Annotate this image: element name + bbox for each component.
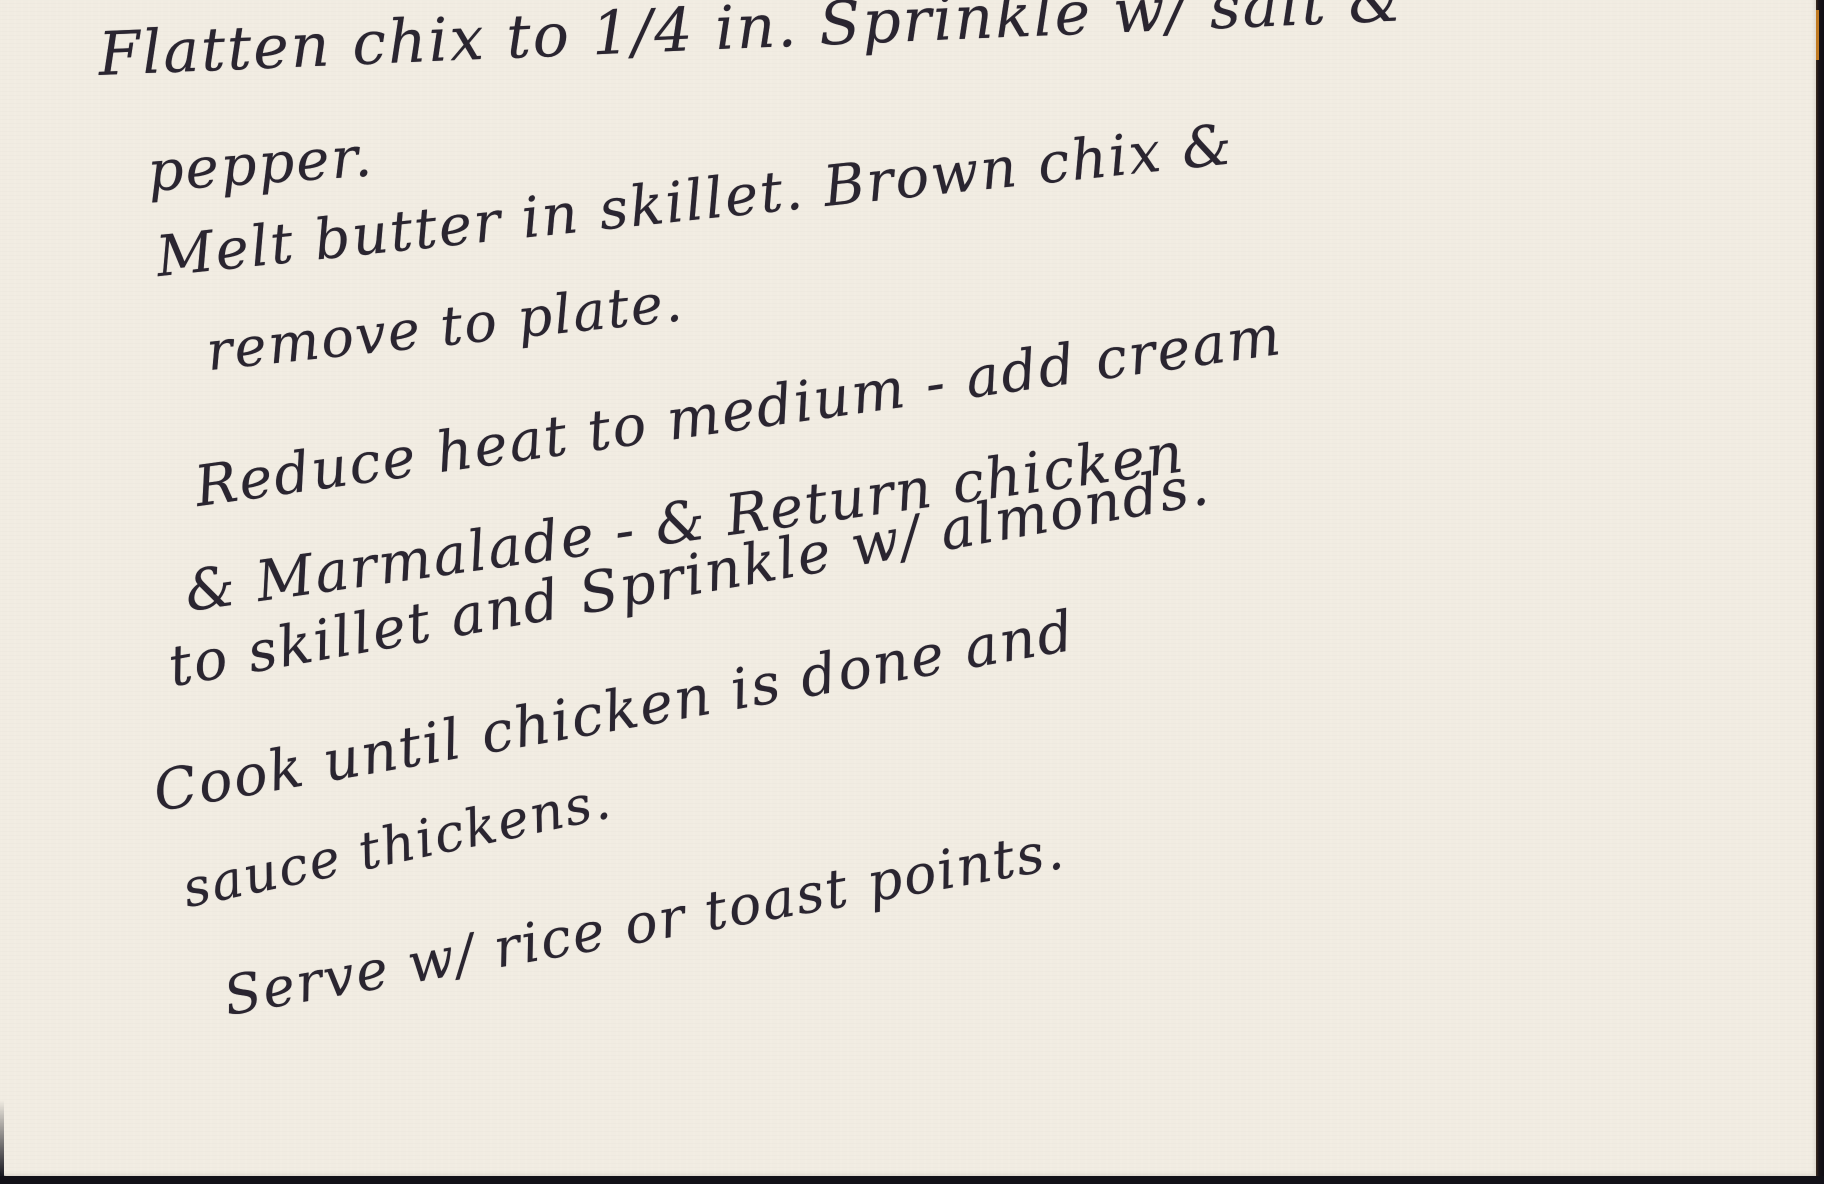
- scan-edge-bottom: [0, 1176, 1824, 1184]
- scan-edge-tint: [1816, 10, 1819, 60]
- recipe-step-flatten: Flatten chix to 1/4 in. Sprinkle w/ salt…: [97, 0, 1405, 90]
- recipe-step-melt-cont: remove to plate.: [203, 270, 686, 383]
- recipe-step-flatten-cont: pepper.: [145, 124, 375, 205]
- recipe-card: Flatten chix to 1/4 in. Sprinkle w/ salt…: [0, 0, 1816, 1176]
- scan-edge-right: [1816, 0, 1824, 1184]
- scan-edge-left-corner: [0, 1100, 4, 1176]
